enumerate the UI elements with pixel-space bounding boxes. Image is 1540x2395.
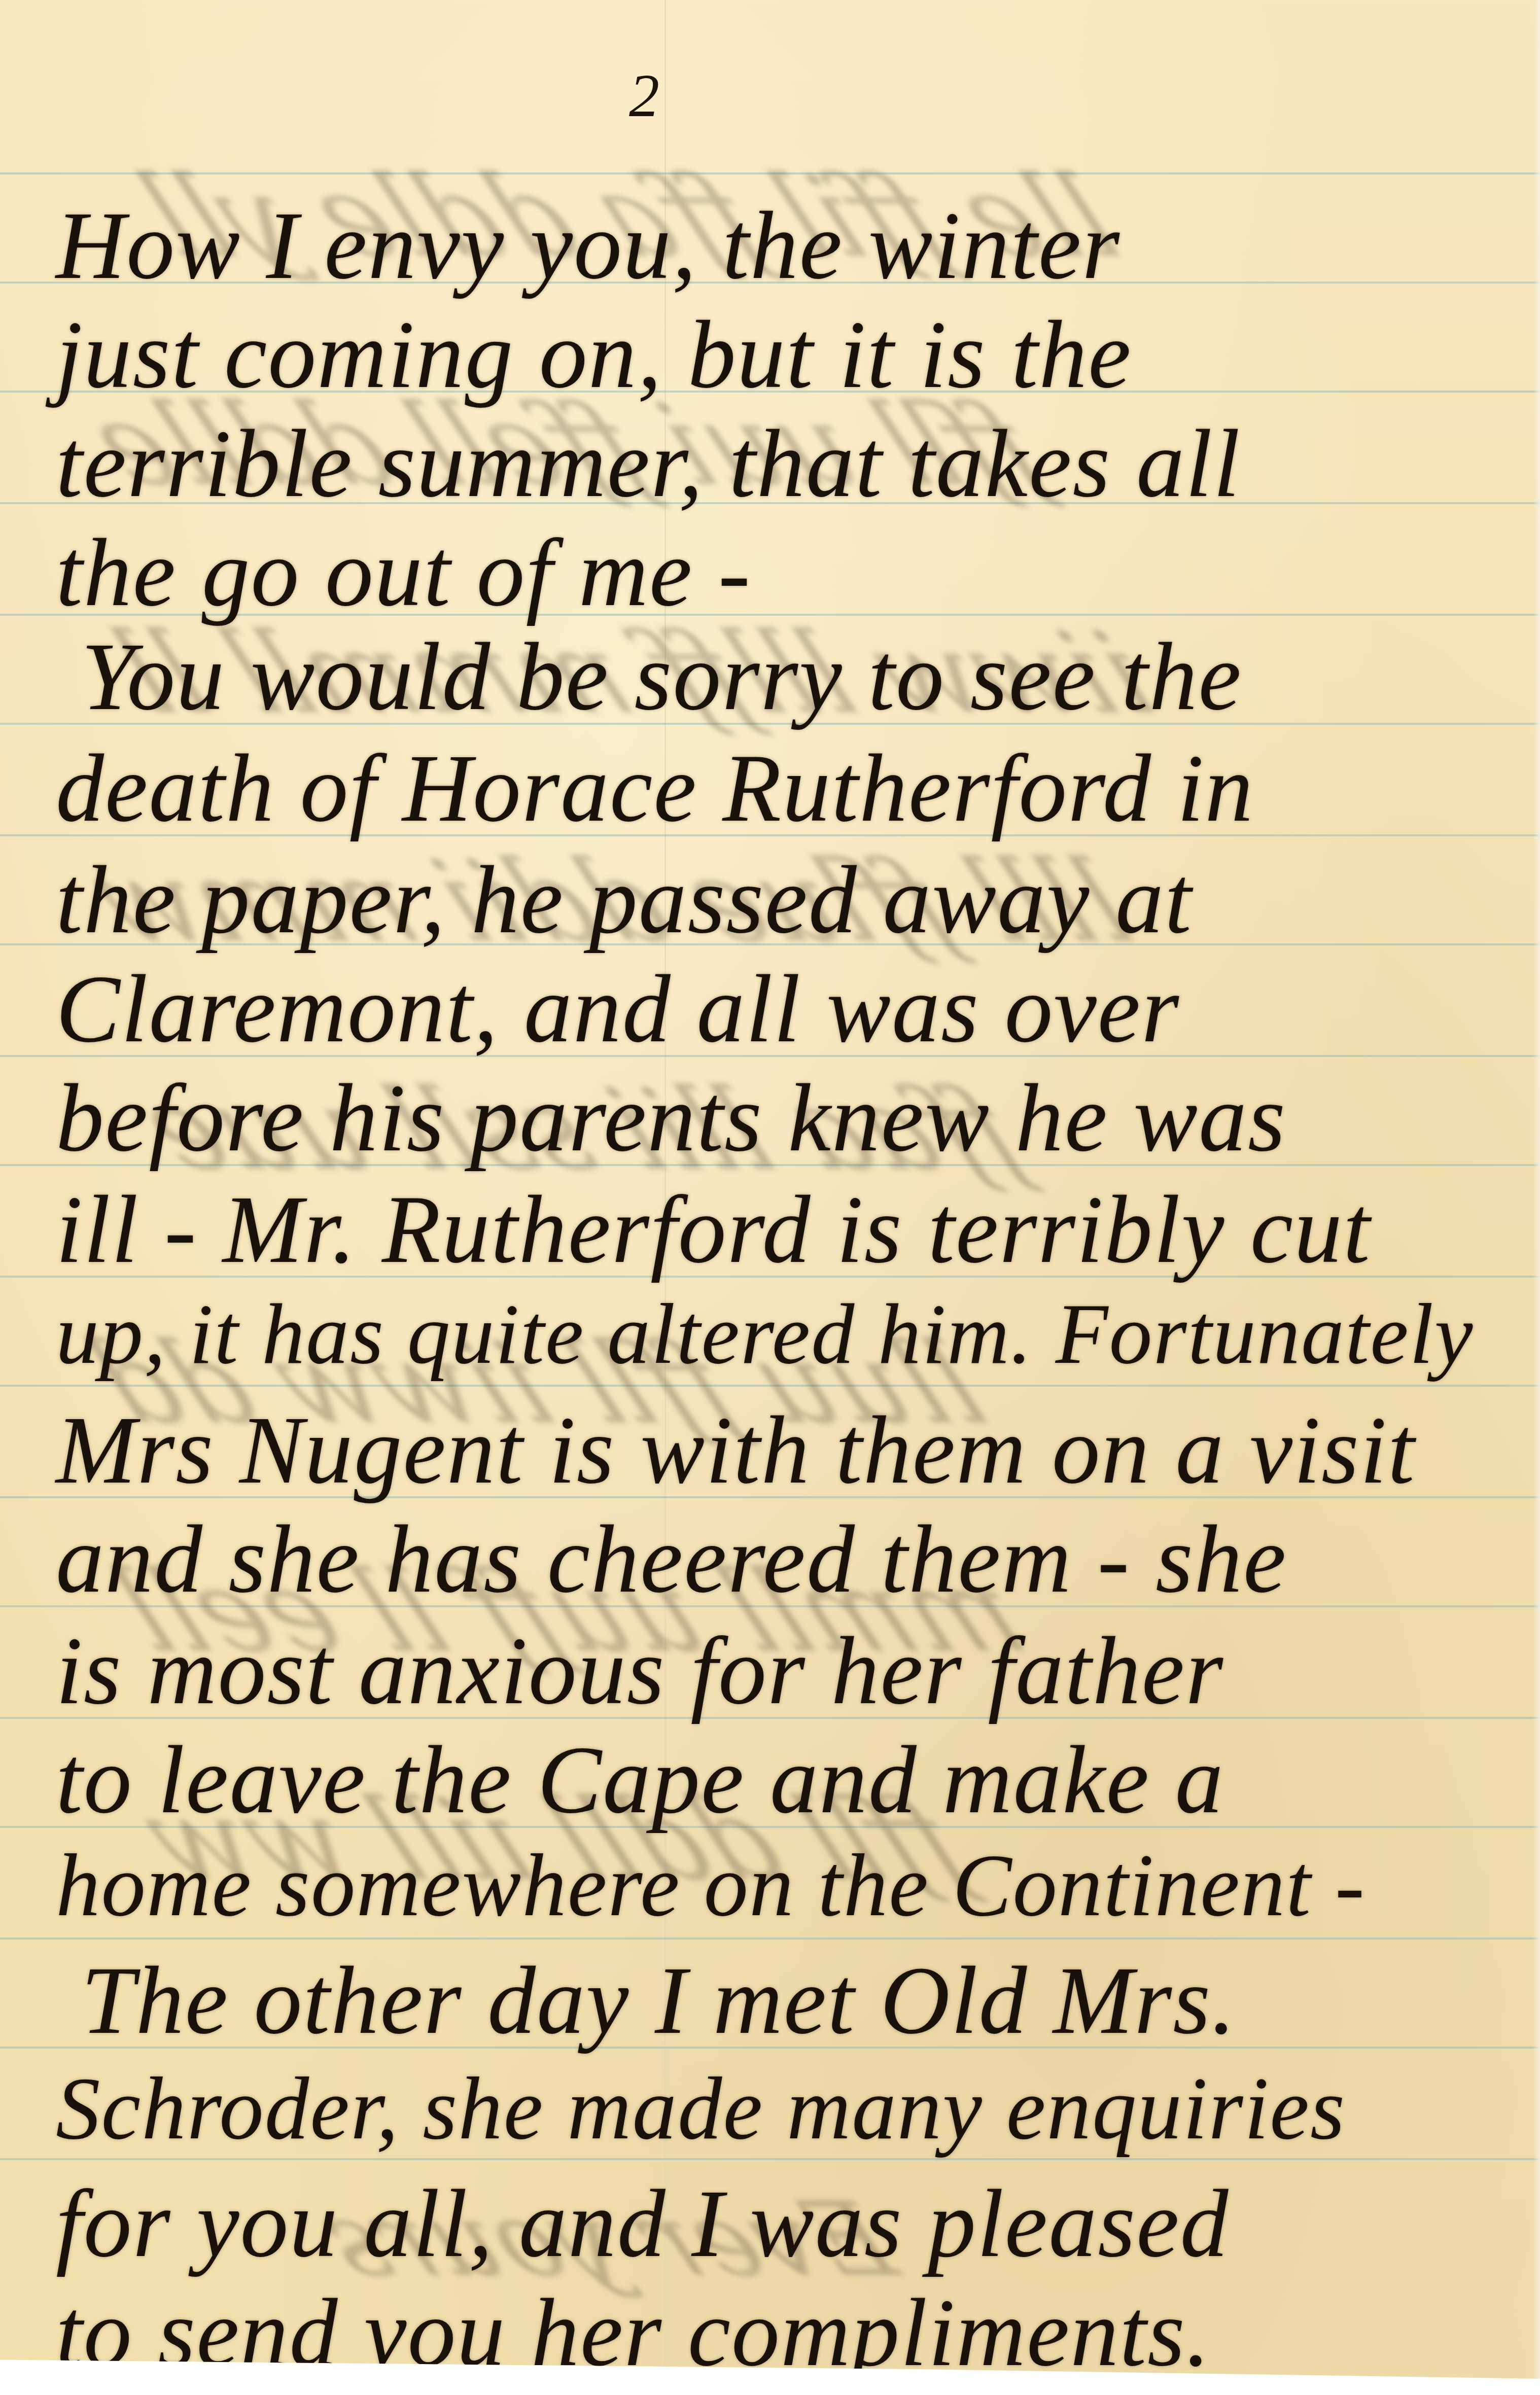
ruled-line	[0, 2158, 1540, 2160]
handwritten-line: to send you her compliments.	[56, 2285, 1211, 2381]
handwritten-line: Schroder, she made many enquiries	[56, 2064, 1346, 2153]
letter-page: lle ffil ffa ddle yll ffll uui ffell ddl…	[0, 0, 1540, 2379]
handwritten-line: is most anxious for her father	[56, 1623, 1224, 1719]
handwritten-line: terrible summer, that takes all	[56, 416, 1241, 512]
handwritten-line: Mrs Nugent is with them on a visit	[56, 1402, 1416, 1499]
handwritten-line: ill - Mr. Rutherford is terribly cut	[56, 1182, 1371, 1278]
handwritten-line: death of Horace Rutherford in	[56, 741, 1254, 837]
handwritten-line: the go out of me -	[56, 525, 751, 621]
handwritten-line: the paper, he passed away at	[56, 852, 1193, 948]
handwritten-line: Claremont, and all was over	[56, 961, 1180, 1058]
handwritten-line: to leave the Cape and make a	[56, 1732, 1224, 1828]
handwritten-line: and she has cheered them - she	[56, 1511, 1287, 1608]
handwritten-line: just coming on, but it is the	[56, 307, 1132, 403]
handwritten-line: before his parents knew he was	[56, 1070, 1286, 1167]
handwritten-line: How I envy you, the winter	[56, 198, 1121, 294]
ruled-line	[0, 1938, 1540, 1940]
handwritten-line: up, it has quite altered him. Fortunatel…	[56, 1291, 1474, 1377]
page-number: 2	[629, 61, 659, 131]
handwritten-line: home somewhere on the Continent -	[56, 1841, 1366, 1930]
handwritten-line: for you all, and I was pleased	[56, 2176, 1229, 2272]
handwritten-line: You would be sorry to see the	[81, 629, 1242, 725]
handwritten-line: The other day I met Old Mrs.	[81, 1953, 1237, 2049]
